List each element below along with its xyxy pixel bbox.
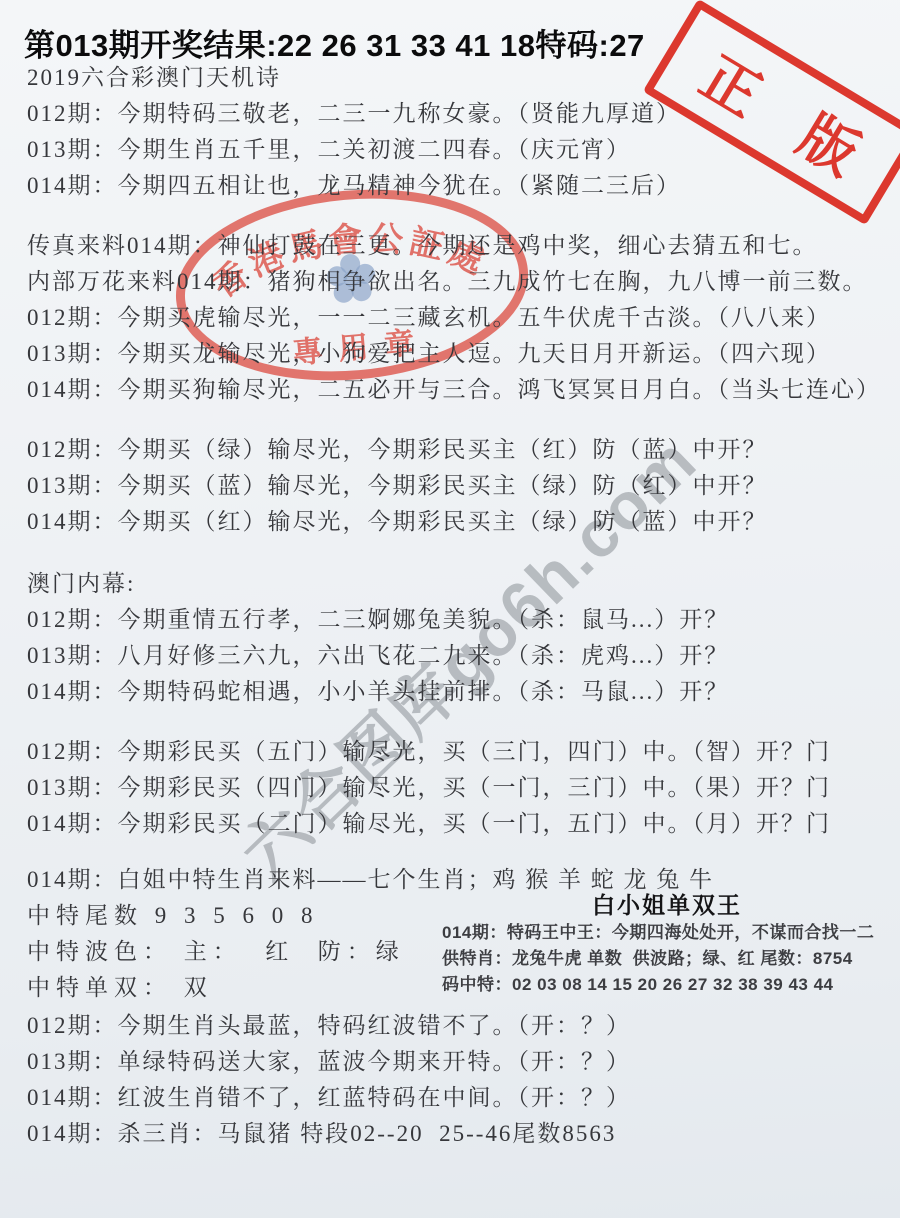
macau-insider-section: 澳门内幕: 012期：今期重情五行孝，二三婀娜兔美貌。（杀：鼠马...）开？ 0… [27,566,729,710]
content-area: 第013期开奖结果:22 26 31 33 41 18特码:27 2019六合彩… [0,0,900,1218]
color-bet-line: 013期：今期买（蓝）输尽光，今期彩民买主（绿）防（红）中开？ [27,468,768,504]
lottery-tip-sheet-page: 六合图库go6h.com 香港馬會公証處 專用章 正 版 第013期开奖结果:2… [0,0,900,1218]
door-line: 014期：今期彩民买（二门）输尽光，买（一门，五门）中。（月）开？门 [27,806,831,842]
bottom-line: 013期：单绿特码送大家，蓝波今期来开特。（开：？） [27,1044,631,1080]
page-title: 第013期开奖结果:22 26 31 33 41 18特码:27 [24,20,645,65]
bottom-line: 014期：红波生肖错不了，红蓝特码在中间。（开：？） [27,1080,631,1116]
fax-line: 传真来料014期：神仙打鼓在三更。今期还是鸡中奖，细心去猜五和七。 [27,228,881,264]
bottom-line: 014期：杀三肖：马鼠猪 特段02--20 25--46尾数8563 [27,1116,631,1152]
poem-line: 014期：今期四五相让也，龙马精神今犹在。（紧随二三后） [27,168,681,204]
baixiaojie-title: 白小姐单双王 [442,890,892,920]
macau-line: 012期：今期重情五行孝，二三婀娜兔美貌。（杀：鼠马...）开？ [27,602,729,638]
bottom-line: 012期：今期生肖头最蓝，特码红波错不了。（开：？） [27,1008,631,1044]
bottom-predictions-section: 012期：今期生肖头最蓝，特码红波错不了。（开：？） 013期：单绿特码送大家，… [27,1008,631,1152]
color-bets-section: 012期：今期买（绿）输尽光，今期彩民买主（红）防（蓝）中开？ 013期：今期买… [27,432,768,540]
fax-line: 013期：今期买龙输尽光，小狗爱把主人逗。九天日月开新运。（四六现） [27,336,881,372]
macau-line: 013期：八月好修三六九，六出飞花二九来。（杀：虎鸡...）开？ [27,638,729,674]
poem-subtitle: 2019六合彩澳门天机诗 [27,60,681,96]
baixiaojie-line: 供特肖：龙兔牛虎 单数 供波路；绿、红 尾数：8754 [442,946,892,972]
fax-line: 内部万花来料014期：猪狗相争欲出名。三九成竹七在胸，九八博一前三数。 [27,264,881,300]
door-line: 013期：今期彩民买（四门）输尽光，买（一门，三门）中。（果）开？门 [27,770,831,806]
fax-section: 传真来料014期：神仙打鼓在三更。今期还是鸡中奖，细心去猜五和七。 内部万花来料… [27,228,881,408]
macau-line: 014期：今期特码蛇相遇，小小羊头挂前排。（杀：马鼠...）开？ [27,674,729,710]
baixiaojie-box: 白小姐单双王 014期：特码王中王：今期四海处处开，不谋而合找一二 供特肖：龙兔… [442,890,892,998]
poem-section: 2019六合彩澳门天机诗 012期：今期特码三敬老，二三一九称女豪。（贤能九厚道… [27,60,681,204]
baixiaojie-line: 014期：特码王中王：今期四海处处开，不谋而合找一二 [442,920,892,946]
fax-line: 014期：今期买狗输尽光，二五必开与三合。鸿飞冥冥日月白。（当头七连心） [27,372,881,408]
color-bet-line: 014期：今期买（红）输尽光，今期彩民买主（绿）防（蓝）中开？ [27,504,768,540]
stat-line-tail-numbers: 中特尾数 9 3 5 6 0 8 [27,898,405,934]
poem-line: 013期：今期生肖五千里，二关初渡二四春。（庆元宵） [27,132,681,168]
door-line: 012期：今期彩民买（五门）输尽光，买（三门，四门）中。（智）开？门 [27,734,831,770]
stat-line-wave-color: 中特波色： 主： 红 防：绿 [27,934,405,970]
poem-line: 012期：今期特码三敬老，二三一九称女豪。（贤能九厚道） [27,96,681,132]
color-bet-line: 012期：今期买（绿）输尽光，今期彩民买主（红）防（蓝）中开？ [27,432,768,468]
baixiaojie-line: 码中特：02 03 08 14 15 20 26 27 32 38 39 43 … [442,972,892,998]
stat-line-odd-even: 中特单双： 双 [27,970,405,1006]
doors-section: 012期：今期彩民买（五门）输尽光，买（三门，四门）中。（智）开？门 013期：… [27,734,831,842]
baijie-left-stats: 中特尾数 9 3 5 6 0 8 中特波色： 主： 红 防：绿 中特单双： 双 [27,898,405,1006]
macau-heading: 澳门内幕: [27,566,729,602]
fax-line: 012期：今期买虎输尽光，一一二三藏玄机。五牛伏虎千古淡。（八八来） [27,300,881,336]
